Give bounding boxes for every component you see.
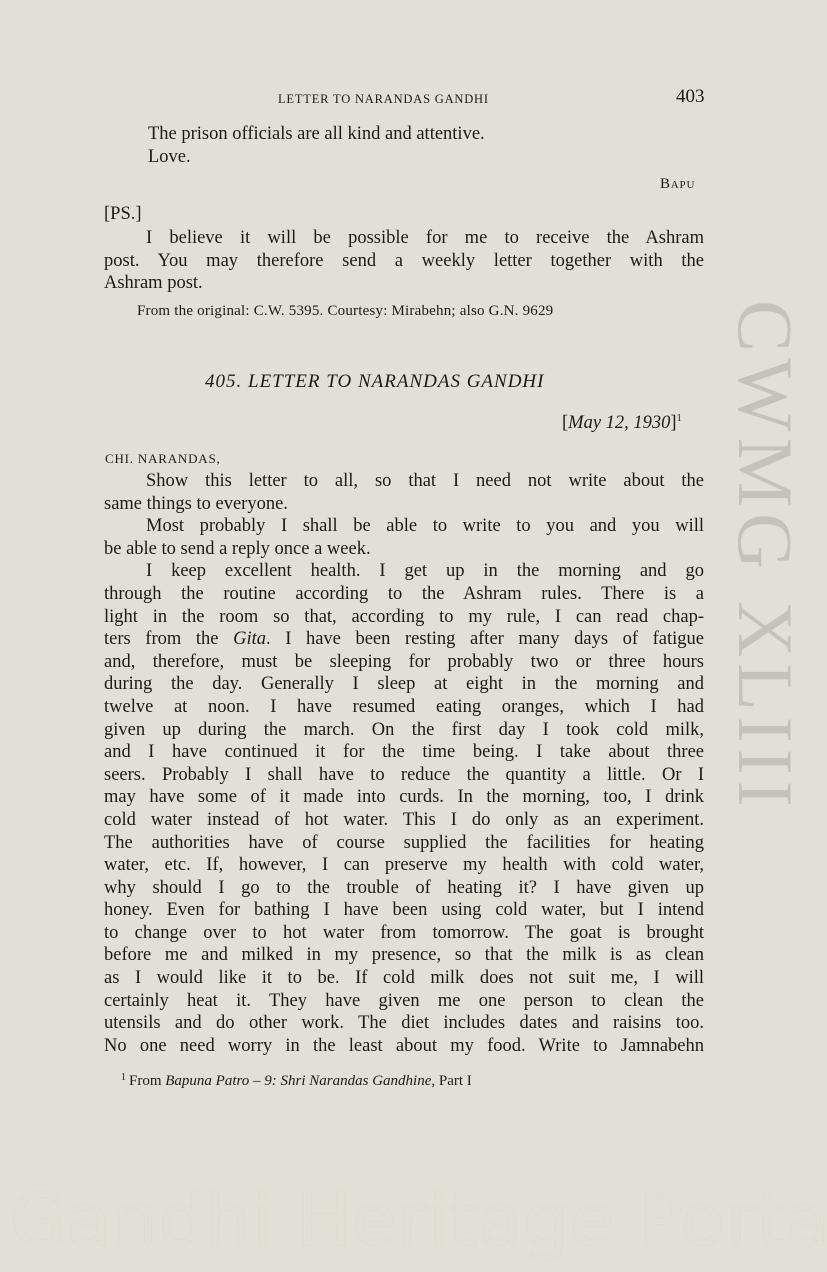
body-line: through the routine according to the Ash… (104, 583, 704, 606)
salutation: CHI. NARANDAS, (105, 451, 221, 467)
body-line: certainly heat it. They have given me on… (104, 990, 704, 1013)
body-line: No one need worry in the least about my … (104, 1035, 704, 1058)
body-line: before me and milked in my presence, so … (104, 944, 704, 967)
volume-watermark: CWMG XLIII (720, 300, 810, 813)
body-line: honey. Even for bathing I have been usin… (104, 899, 704, 922)
body-line: during the day. Generally I sleep at eig… (104, 673, 704, 696)
letter-date: [May 12, 1930]1 (562, 413, 682, 434)
body-line: why should I go to the trouble of heatin… (104, 877, 704, 900)
body-line: given up during the march. On the first … (104, 719, 704, 742)
closing-line: The prison officials are all kind and at… (148, 123, 708, 146)
footnote-suffix: Part I (439, 1073, 472, 1089)
body-line: Most probably I shall be able to write t… (104, 515, 704, 538)
date-text: May 12, 1930 (568, 413, 670, 433)
body-line: utensils and do other work. The diet inc… (104, 1012, 704, 1035)
body-line: twelve at noon. I have resumed eating or… (104, 696, 704, 719)
document-page: LETTER TO NARANDAS GANDHI 403 The prison… (0, 0, 827, 1272)
body-line: as I would like it to be. If cold milk d… (104, 967, 704, 990)
source-note: From the original: C.W. 5395. Courtesy: … (137, 303, 553, 320)
body-line: to change over to hot water from tomorro… (104, 922, 704, 945)
portal-watermark: Gandhi Heritage Portal (10, 1178, 827, 1262)
ps-line: I believe it will be possible for me to … (104, 227, 704, 250)
ps-line: post. You may therefore send a weekly le… (104, 250, 704, 273)
footnote-ref: 1 (677, 413, 682, 424)
body-line: I keep excellent health. I get up in the… (104, 560, 704, 583)
letter-title: 405. LETTER TO NARANDAS GANDHI (205, 371, 544, 393)
ps-label: [PS.] (104, 204, 142, 225)
postscript: I believe it will be possible for me to … (104, 227, 704, 295)
body-line: light in the room so that, according to … (104, 606, 704, 629)
running-head: LETTER TO NARANDAS GANDHI (278, 92, 489, 107)
body-line: The authorities have of course supplied … (104, 832, 704, 855)
body-line: same things to everyone. (104, 493, 704, 516)
signature: Bapu (660, 176, 695, 193)
footnote-source-title: Bapuna Patro – 9: Shri Narandas Gandhine… (165, 1073, 435, 1089)
letter-body: Show this letter to all, so that I need … (104, 470, 704, 1057)
body-line: ters from the Gita. I have been resting … (104, 628, 704, 651)
body-line: water, etc. If, however, I can preserve … (104, 854, 704, 877)
body-line: seers. Probably I shall have to reduce t… (104, 764, 704, 787)
closing-line: Love. (148, 146, 708, 169)
footnote: 1From Bapuna Patro – 9: Shri Narandas Ga… (121, 1072, 472, 1090)
ps-line: Ashram post. (104, 272, 704, 295)
previous-letter-closing: The prison officials are all kind and at… (148, 123, 708, 168)
paragraph-2: Most probably I shall be able to write t… (104, 515, 704, 560)
body-line: and, therefore, must be sleeping for pro… (104, 651, 704, 674)
body-line: may have some of it made into curds. In … (104, 786, 704, 809)
body-line: cold water instead of hot water. This I … (104, 809, 704, 832)
body-line: and I have continued it for the time bei… (104, 741, 704, 764)
paragraph-3: I keep excellent health. I get up in the… (104, 560, 704, 1057)
footnote-marker: 1 (121, 1072, 126, 1083)
body-line: Show this letter to all, so that I need … (104, 470, 704, 493)
page-number: 403 (676, 86, 705, 108)
body-line: be able to send a reply once a week. (104, 538, 704, 561)
footnote-prefix: From (129, 1073, 162, 1089)
paragraph-1: Show this letter to all, so that I need … (104, 470, 704, 515)
